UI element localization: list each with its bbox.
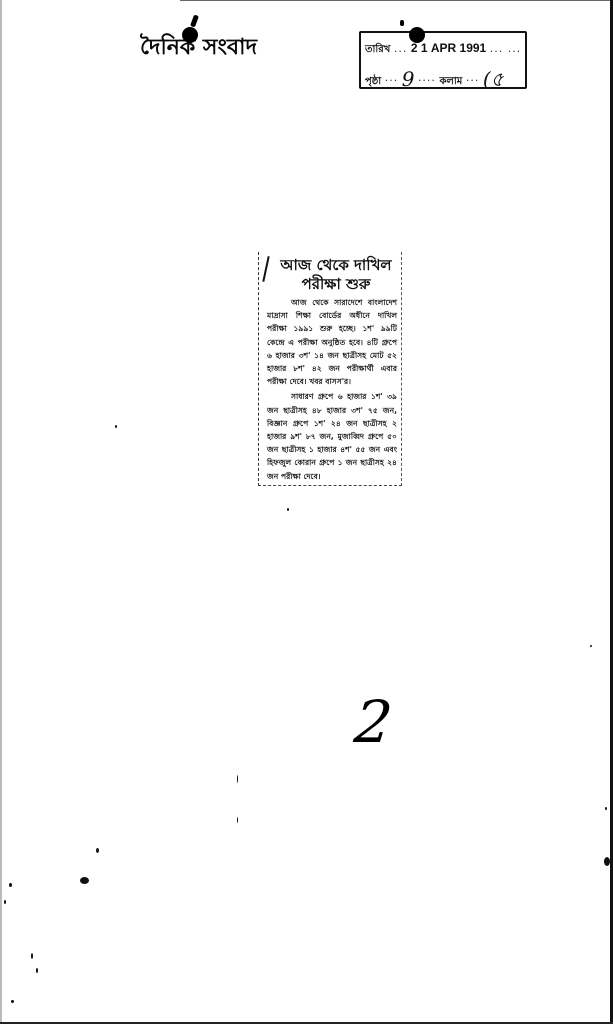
stamp-dots: ··· — [385, 74, 399, 87]
headline-line-1: আজ থেকে দাখিল — [271, 256, 401, 275]
stamp-column-label: কলাম — [439, 76, 462, 87]
scan-speck — [115, 425, 117, 428]
stamp-dots: ··· — [466, 74, 480, 87]
newspaper-masthead: দৈনিক সংবাদ — [140, 30, 257, 67]
clipping-body: আজ থেকে সারাদেশে বাংলাদেশ মাদ্রাসা শিক্ষ… — [259, 294, 401, 483]
page-edge-top — [180, 0, 610, 1]
clipping-paragraph: সাধারণ গ্রুপে ৬ হাজার ১শ' ৩৯ জন ছাত্রীসহ… — [267, 390, 397, 482]
scan-speck — [31, 953, 33, 959]
stamp-dots: ···· — [418, 74, 436, 87]
stamp-date-row: তারিখ ... 2 1 APR 1991 ... ... — [365, 41, 521, 59]
scan-speck — [605, 807, 607, 810]
scan-speck — [9, 883, 12, 887]
stamp-date-label: তারিখ — [365, 44, 390, 55]
clipping-paragraph: আজ থেকে সারাদেশে বাংলাদেশ মাদ্রাসা শিক্ষ… — [267, 296, 397, 388]
scan-speck — [287, 508, 289, 511]
scan-speck — [96, 848, 99, 853]
page-edge-left — [0, 0, 2, 1024]
clipping-headline: আজ থেকে দাখিল পরীক্ষা শুরু — [259, 256, 401, 294]
stamp-dots: ... ... — [490, 42, 521, 55]
scan-speck — [11, 1000, 14, 1003]
scan-speck — [36, 968, 38, 973]
stamp-page-label: পৃষ্ঠা — [365, 76, 381, 87]
scan-speck — [590, 645, 592, 647]
punch-hole-mark — [400, 20, 404, 26]
scan-speck — [237, 817, 238, 823]
punch-hole-mark — [190, 15, 199, 28]
stamp-dots: ... — [394, 42, 408, 55]
stamp-date-value: 2 1 APR 1991 — [411, 41, 486, 55]
stamp-page-value: 9 — [402, 67, 415, 91]
archive-stamp: তারিখ ... 2 1 APR 1991 ... ... পৃষ্ঠা ··… — [359, 31, 527, 89]
newspaper-clipping: আজ থেকে দাখিল পরীক্ষা শুরু আজ থেকে সারাদ… — [258, 252, 402, 486]
scan-speck — [4, 900, 6, 904]
punch-hole-icon — [409, 27, 425, 43]
scan-speck — [237, 775, 238, 783]
stamp-page-row: পৃষ্ঠা ··· 9 ···· কলাম ··· (৫ — [365, 63, 504, 96]
headline-line-2: পরীক্ষা শুরু — [271, 275, 401, 294]
scan-speck — [604, 857, 610, 866]
stamp-column-value: (৫ — [483, 67, 504, 91]
handwritten-page-number: 2 — [351, 688, 395, 756]
scan-speck — [80, 877, 89, 884]
punch-hole-icon — [182, 27, 198, 43]
